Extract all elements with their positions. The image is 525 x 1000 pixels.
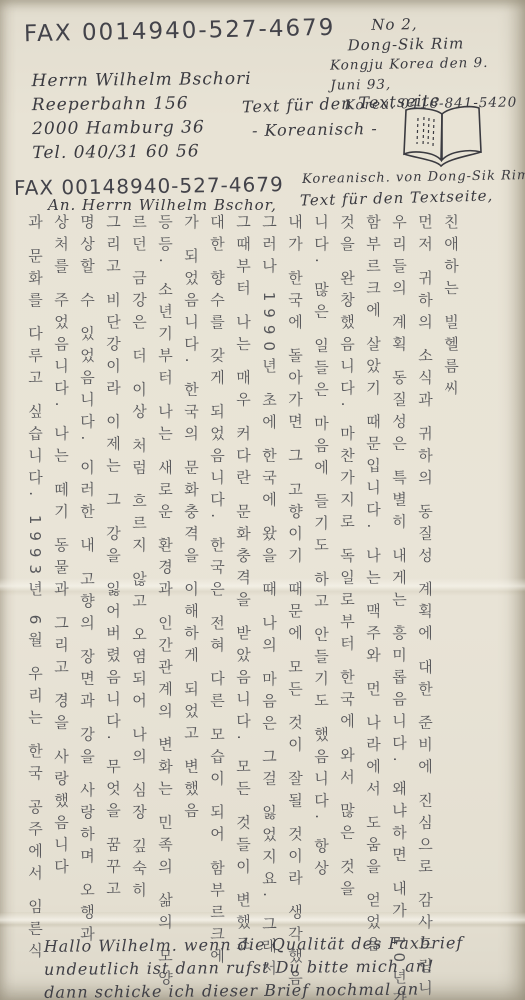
recipient-phone: Tel. 040/31 60 56 (32, 139, 252, 165)
korean-column: 니다. 많은 일들은 마음에 들기도 하고 안들기도 했음니다. 항상 (308, 214, 334, 890)
korean-column: 상처를 주었음니다. 나는 떼기 동물과 그리고 경을 사랑했음니다 (48, 214, 74, 890)
recipient-address-block: Herrn Wilhelm Bschori Reeperbahn 156 200… (32, 67, 253, 165)
korean-column: 우리들의 계획 동질성은 특별히 내게는 흥미롭음니다. 왜냐하면 내가 10년… (386, 214, 412, 890)
recipient-city: 2000 Hamburg 36 (32, 115, 252, 141)
korean-column: 친애하는 빌헬름씨 (438, 214, 464, 890)
korean-letter-body: 친애하는 빌헬름씨 먼저 귀하의 소식과 귀하의 동질성 계획에 대한 준비에 … (12, 214, 464, 890)
open-book-icon (398, 104, 486, 170)
korean-column: 것을 완창했음니다. 마찬가지로 독일로부터 한국에 와서 많은 것을 (334, 214, 360, 890)
recipient-name: Herrn Wilhelm Bschori (32, 67, 252, 93)
footer-line-3: dann schicke ich dieser Brief nochmal an (44, 977, 464, 1000)
korean-column: 내가 한국에 돌아가면 그 고향이기 때문에 모든 것이 잘될 것이라 생각했음 (282, 214, 308, 890)
korean-column: 그리고 비단강이라 이제는 그 강을 잃어버렸음니다. 무엇을 꿈꾸고 (100, 214, 126, 890)
recipient-street: Reeperbahn 156 (32, 91, 252, 117)
korean-column: 함부르크에 살았기 때문입니다. 나는 맥주와 먼 나라에서 도움을 얻었음 (360, 214, 386, 890)
korean-column: 먼저 귀하의 소식과 귀하의 동질성 계획에 대한 준비에 진심으로 감사드립니… (412, 214, 438, 890)
korean-column: 등등. 소년기부터 나는 새로운 환경과 인간관계의 변화는 민족의 삶의 모양 (152, 214, 178, 890)
korean-column: 그러나 1990년 초에 한국에 왔을 때 나의 마음은 그걸 잃었지요. 그래… (256, 214, 282, 890)
page-number: No 2, (371, 12, 519, 35)
korean-column: 명상할 수 있었음니다. 이러한 내 고향의 장면과 강을 사랑하며 오행과 (74, 214, 100, 890)
addressee-line: An. Herrn Wilhelm Bschor, (48, 196, 277, 214)
korean-column: 대한 향수를 갖게 되었음니다. 한국은 전혀 다른 모습이 되어 함부르크에 (204, 214, 230, 890)
korean-column: 가 되었음니다. 한국의 문화충격을 이해하게 되었고 변했음 (178, 214, 204, 890)
subject-line-2: - Koreanisch - (252, 119, 378, 140)
korean-column: 과 문화를 다루고 싶습니다. 1993년 6월 우리는 한국 공주에서 임른식 (22, 214, 48, 890)
footer-note: Hallo Wilhelm. wenn die Qualität des Fax… (44, 931, 464, 1000)
korean-column: 그때부터 나는 매우 커다란 문화충격을 받았음니다. 모든 것들이 변했죠 (230, 214, 256, 890)
korean-column: 르던 금강은 더 이상 처럼 흐르지 않고 오염되어 나의 심장 깊숙히 (126, 214, 152, 890)
sender-place-date: Kongju Korea den 9. Juni 93, (330, 52, 521, 95)
